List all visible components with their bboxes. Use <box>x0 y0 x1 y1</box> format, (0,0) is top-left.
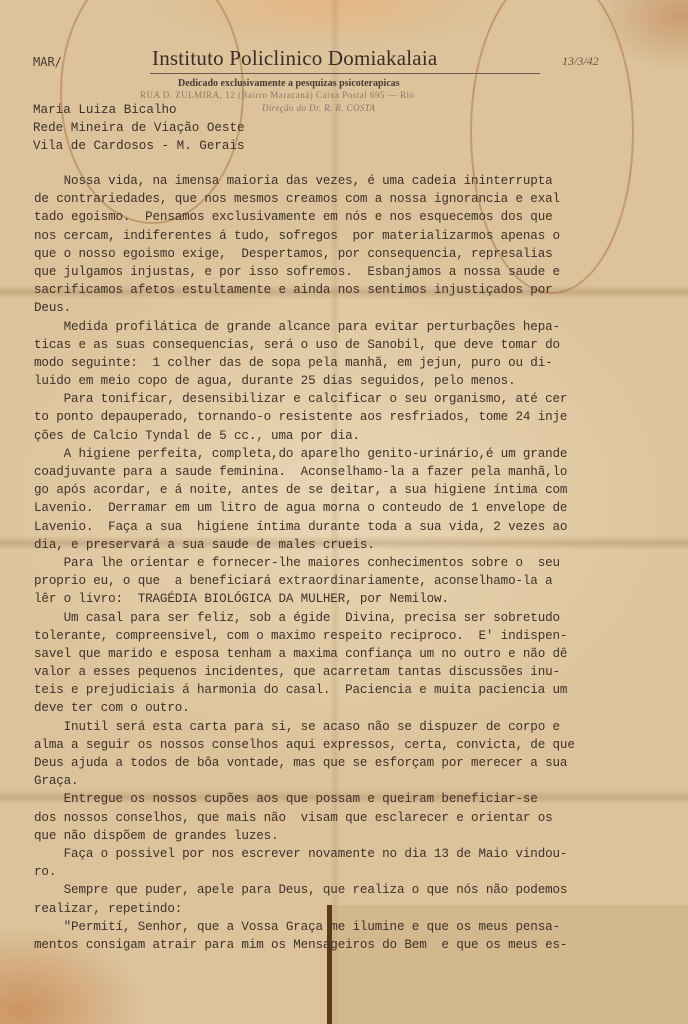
recipient-location: Vila de Cardosos - M. Gerais <box>33 137 245 155</box>
reference-code: MAR/ <box>33 55 62 69</box>
letter-line: mentos consigam atrair para mim os Mensa… <box>34 936 684 954</box>
letter-line: Lavenio. Derramar em um litro de agua mo… <box>34 499 684 517</box>
letter-line: realizar, repetindo: <box>34 900 684 918</box>
letter-body: Nossa vida, na imensa maioria das vezes,… <box>34 172 684 954</box>
letter-line: go após acordar, e á noite, antes de se … <box>34 481 684 499</box>
letter-line: tolerante, compreensivel, com o maximo r… <box>34 627 684 645</box>
letter-line: luido em meio copo de agua, durante 25 d… <box>34 372 684 390</box>
letter-line: que o nosso egoismo exige, Despertamos, … <box>34 245 684 263</box>
letter-line: "Permití, Senhor, que a Vossa Graça me i… <box>34 918 684 936</box>
institution-direction: Direção do Dr. R. R. COSTA <box>262 103 375 113</box>
letter-line: Um casal para ser feliz, sob a égide Div… <box>34 609 684 627</box>
recipient-block: Maria Luiza BicalhoRede Mineira de Viaçã… <box>33 101 245 156</box>
recipient-organization: Rede Mineira de Viação Oeste <box>33 119 245 137</box>
letter-line: coadjuvante para a saude feminina. Acons… <box>34 463 684 481</box>
letter-line: A higiene perfeita, completa,do aparelho… <box>34 445 684 463</box>
letter-line: ro. <box>34 863 684 881</box>
letter-line: Nossa vida, na imensa maioria das vezes,… <box>34 172 684 190</box>
letter-line: Entregue os nossos cupões aos que possam… <box>34 790 684 808</box>
institution-name: Instituto Policlinico Domiakalaia <box>152 46 437 71</box>
letter-line: deve ter com o outro. <box>34 699 684 717</box>
letter-line: que julgamos injustas, e por isso sofrem… <box>34 263 684 281</box>
letter-line: savel que marido e esposa tenham a maxim… <box>34 645 684 663</box>
institution-tagline: Dedicado exclusivamente a pesquizas psic… <box>178 78 400 89</box>
letter-line: Para lhe orientar e fornecer-lhe maiores… <box>34 554 684 572</box>
letter-line: sacrificamos afetos estultamente e ainda… <box>34 281 684 299</box>
letter-line: proprio eu, o que a beneficiará extraord… <box>34 572 684 590</box>
letter-line: Deus. <box>34 299 684 317</box>
letter-line: Sempre que puder, apele para Deus, que r… <box>34 881 684 899</box>
letter-line: dos nossos conselhos, que mais não visam… <box>34 809 684 827</box>
letter-line: modo seguinte: 1 colher das de sopa pela… <box>34 354 684 372</box>
letter-line: Deus ajuda a todos de bôa vontade, mas q… <box>34 754 684 772</box>
letter-line: Inutil será esta carta para si, se acaso… <box>34 718 684 736</box>
letter-line: Medida profilática de grande alcance par… <box>34 318 684 336</box>
letter-line: de contrariedades, que nos mesmos creamo… <box>34 190 684 208</box>
letter-line: que não dispõem de grandes luzes. <box>34 827 684 845</box>
letter-line: Graça. <box>34 772 684 790</box>
letter-line: ções de Calcio Tyndal de 5 cc., uma por … <box>34 427 684 445</box>
letter-line: teis e prejudiciais á harmonia do casal.… <box>34 681 684 699</box>
letter-line: valor a esses pequenos incidentes, que a… <box>34 663 684 681</box>
letter-line: lêr o livro: TRAGÉDIA BIOLÓGICA DA MULHE… <box>34 590 684 608</box>
letter-line: Faça o possivel por nos escrever novamen… <box>34 845 684 863</box>
recipient-name: Maria Luiza Bicalho <box>33 101 245 119</box>
institution-address: RUA D. ZULMIRA, 12 (Bairro Maracanã) Cai… <box>140 90 414 100</box>
letter-line: to ponto depauperado, tornando-o resiste… <box>34 408 684 426</box>
letter-line: tado egoismo. Pensamos exclusivamente em… <box>34 208 684 226</box>
letter-date: 13/3/42 <box>562 54 599 69</box>
letter-line: alma a seguir os nossos conselhos aqui e… <box>34 736 684 754</box>
letter-line: Para tonificar, desensibilizar e calcifi… <box>34 390 684 408</box>
letter-line: nos cercam, indiferentes á tudo, sofrego… <box>34 227 684 245</box>
letter-line: ticas e as suas consequencias, será o us… <box>34 336 684 354</box>
letter-line: Lavenio. Faça a sua higiene íntima duran… <box>34 518 684 536</box>
letterhead-rule <box>150 73 540 74</box>
letter-line: dia, e preservará a sua saude de males c… <box>34 536 684 554</box>
